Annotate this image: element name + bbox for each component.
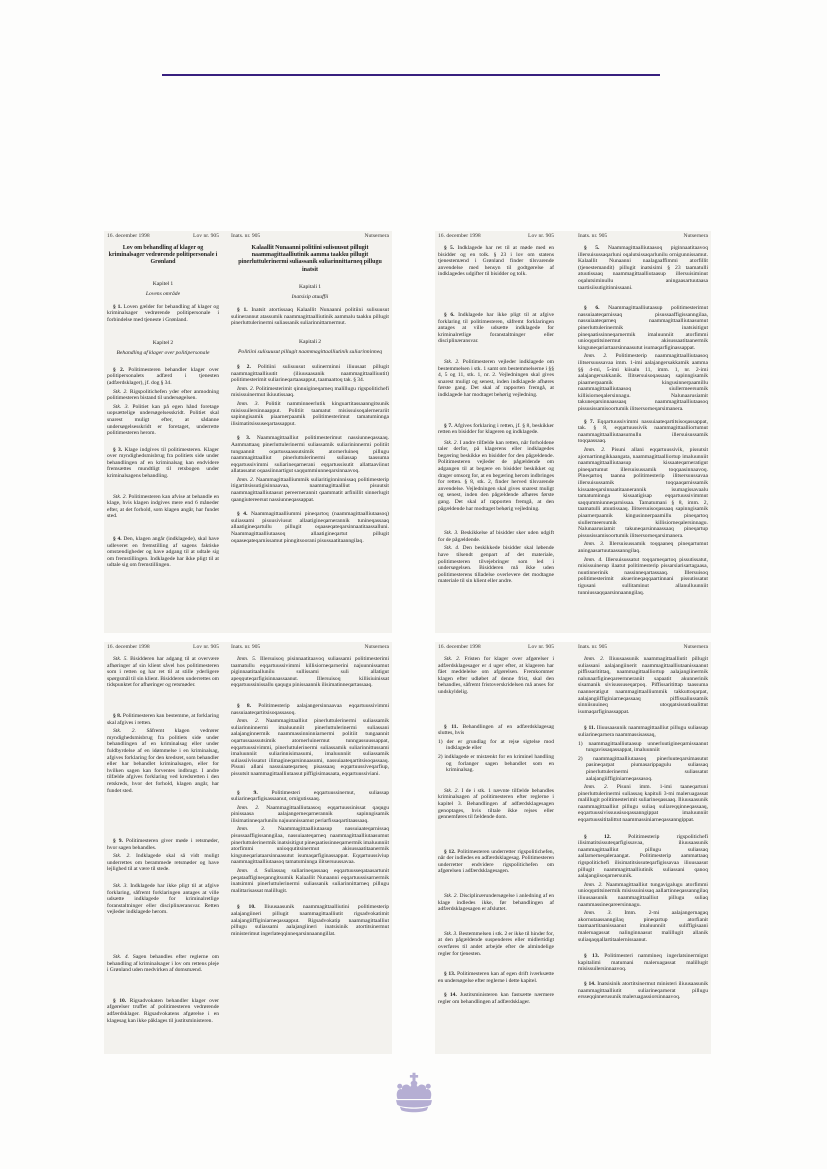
paragraph: § 1. Inatsit atortissaaq Kalaallit Nunaa…: [231, 307, 389, 327]
running-head: 16. december 1998 Lov nr. 905 Inats. nr.…: [438, 644, 708, 651]
page-1-col-1: Lov om behandling af klager og kriminals…: [107, 245, 219, 569]
running-head-law-no: Lov nr. 905: [193, 233, 219, 240]
paragraph: Imm. 2. Pisuni imm. 1-imi taaneqartuni p…: [578, 784, 708, 824]
paragraph: § 8. Politimesterip aalajangersinnaavaa …: [231, 703, 389, 716]
paragraph: 2) naammagittaalliutaasoq pinerluuteqars…: [578, 756, 708, 782]
paragraph: § 13. Politimesteren kan af egen drift i…: [438, 971, 554, 984]
page-3-col-1: Stk. 5. Bisidderen har adgang til at ove…: [107, 656, 219, 1024]
paragraph: § 12. Politimesteren underretter rigspol…: [438, 849, 554, 875]
paragraph: Imm. 3. Imm. 2-mi aalajangernagaq akornu…: [578, 910, 708, 943]
paragraph: § 9. Politimesteren giver møde i retsmød…: [107, 838, 219, 851]
running-head-date: 16. december 1998: [438, 644, 481, 651]
running-head-date: 16. december 1998: [438, 233, 481, 240]
paragraph: § 5. Indklagede har ret til at møde med …: [438, 245, 554, 278]
running-head-date: 16. december 1998: [107, 233, 150, 240]
paragraph: Imm. 4. Suliassaq suliarineqassaaq eqqar…: [231, 868, 389, 894]
paragraph: Imm. 2. Naammagittaalliut tungavigalugu …: [578, 882, 708, 908]
paragraph: Imm. 2. Naammagittaalliutaasoq eqqartuus…: [231, 805, 389, 825]
paragraph: Kalaallit Nunaanni politiini sulisuusut …: [231, 245, 389, 274]
paragraph: Imm. 4. Illersuisussatut toqqarneqartoq …: [578, 557, 708, 597]
paragraph: § 6. Indklagede har ikke pligt til at af…: [438, 312, 554, 345]
paragraph: Stk. 4. Sagen behandles efter reglerne o…: [107, 954, 219, 974]
paragraph: § 13. Politimesteri nammineq ingerlatsin…: [578, 953, 708, 973]
paragraph: Kapitali 2: [231, 339, 389, 346]
paragraph: Kapitel 2: [107, 340, 219, 347]
paragraph: Stk. 3. Beskikkelse af bisidder sker ude…: [438, 530, 554, 543]
running-head-inats-no: Inats. nr. 905: [231, 644, 260, 651]
paragraph: Lovens område: [107, 291, 219, 298]
paragraph: Imm. 2. Naammagittaalliut pinerluttuleri…: [231, 718, 389, 777]
header-rule: [162, 74, 660, 76]
paragraph: Imm. 3. Illersuisussamik toqqaaneq pineq…: [578, 541, 708, 554]
paragraph: Lov om behandling af klager og kriminals…: [107, 245, 219, 267]
paragraph: Stk. 2. I de i stk. 1 nævnte tilfælde be…: [438, 788, 554, 821]
running-head-translation: Nutsernera: [364, 233, 389, 240]
page-1-col-2: Kalaallit Nunaanni politiini sulisuusut …: [231, 245, 389, 569]
paragraph: § 8. Politimesteren kan bestemme, at for…: [107, 713, 219, 726]
page-2-col-2: § 5. Naammagittaalliutaasoq piginnaatita…: [578, 245, 708, 596]
paragraph: § 14. Inatsisinik atortitsinermut minist…: [578, 981, 708, 1001]
paragraph: Kapitel 1: [107, 281, 219, 288]
running-head-inats-no: Inats. nr. 905: [231, 233, 260, 240]
page-quadrant-1: 16. december 1998 Lov nr. 905 Inats. nr.…: [104, 231, 392, 633]
page-2-col-1: § 5. Indklagede har ret til at møde med …: [438, 245, 554, 596]
paragraph: § 14. Justitsministeren kan fastsætte næ…: [438, 992, 554, 1005]
page-3-col-2: Imm. 5. Illersuisoq pisinnaatitaavoq sul…: [231, 656, 389, 1024]
paragraph: Stk. 2. Indklagede skal så vidt muligt u…: [107, 853, 219, 873]
paragraph: § 1. Loven gælder for behandling af klag…: [107, 304, 219, 324]
page-quadrant-4: 16. december 1998 Lov nr. 905 Inats. nr.…: [435, 642, 711, 1054]
paragraph: 2) indklagede er mistænkt for en krimine…: [438, 754, 554, 774]
paragraph: § 5. Naammagittaalliutaasoq piginnaatita…: [578, 245, 708, 291]
paragraph: 1) naammagittaalliutaasup unnerluutigine…: [578, 741, 708, 754]
paragraph: § 2. Politimesteren behandler klager ove…: [107, 367, 219, 387]
paragraph: § 4. Naammagittaalliummi pineqartoq (naa…: [231, 511, 389, 544]
running-head: 16. december 1998 Lov nr. 905 Inats. nr.…: [107, 233, 389, 240]
running-head-inats-no: Inats. nr. 905: [578, 644, 607, 651]
paragraph: Inatsisip atuuffii: [231, 294, 389, 301]
paragraph: § 3. Klage indgives til politimesteren. …: [107, 447, 219, 480]
page-4-col-2: Imm. 2. Iliuusaasunik naammagittaalliuti…: [578, 656, 708, 1006]
crown-watermark-icon: [390, 1071, 438, 1115]
running-head-translation: Nutsernera: [683, 233, 708, 240]
paragraph: § 12. Politimesterip rigspolitichefi ili…: [578, 834, 708, 880]
running-head: 16. december 1998 Lov nr. 905 Inats. nr.…: [107, 644, 389, 651]
paragraph: Imm. 2. Iliuusaasunik naammagittaalliuti…: [578, 656, 708, 715]
scanned-gazette-sheet: 16. december 1998 Lov nr. 905 Inats. nr.…: [0, 0, 827, 1169]
paragraph: Imm. 2. Naammagittaalliummik suliaritigi…: [231, 477, 389, 503]
paragraph: Imm. 2. Politimesterimit qinnuigineqarne…: [231, 386, 389, 399]
paragraph: § 11. Iliuusaasunik naammagittaalliut pi…: [578, 725, 708, 738]
paragraph: § 11. Behandlingen af en adfærdsklagesag…: [438, 724, 554, 737]
paragraph: Imm. 2. Pisuni allani eqqartuussivik, pi…: [578, 447, 708, 539]
page-4-col-1: Stk. 2. Fristen for klager over afgørels…: [438, 656, 554, 1006]
paragraph: § 3. Naammagittaalliut politimesterimut …: [231, 435, 389, 475]
paragraph: Politiini sulisuusut pillugit naammagitt…: [231, 349, 389, 356]
paragraph: Imm. 5. Illersuisoq pisinnaatitaavoq sul…: [231, 656, 389, 689]
paragraph: Stk. 2. I andre tilfælde kan retten, når…: [438, 440, 554, 513]
page-quadrant-2: 16. december 1998 Lov nr. 905 Inats. nr.…: [435, 231, 711, 633]
paragraph: Stk. 2. Rigspolitichefen yder efter anmo…: [107, 389, 219, 402]
paragraph: § 9. Politimesteri eqqartuussinernut, su…: [231, 790, 389, 803]
paragraph: Stk. 2. Fristen for klager over afgørels…: [438, 656, 554, 696]
running-head-law-no: Lov nr. 905: [528, 233, 554, 240]
paragraph: Stk. 3. Bestemmelsen i stk. 2 er ikke ti…: [438, 931, 554, 957]
running-head-law-no: Lov nr. 905: [528, 644, 554, 651]
paragraph: § 10. Iliuusaasunik naammagittaalliutini…: [231, 904, 389, 937]
running-head-date: 16. december 1998: [107, 644, 150, 651]
paragraph: § 4. Den, klagen angår (indklagede), ska…: [107, 536, 219, 569]
paragraph: Stk. 3. Indklagede har ikke pligt til at…: [107, 883, 219, 916]
paragraph: Stk. 3. Politiet kan på egen hånd foreta…: [107, 404, 219, 437]
paragraph: § 7. Afgives forklaring i retten, jf. § …: [438, 423, 554, 436]
paragraph: 1) der er grundlag for at rejse sigtelse…: [438, 739, 554, 752]
running-head-translation: Nutsernera: [364, 644, 389, 651]
paragraph: Stk. 2. Politimesteren vejleder indklage…: [438, 359, 554, 399]
running-head-translation: Nutsernera: [683, 644, 708, 651]
paragraph: Imm. 3. Politiit namminneerlutik kinguar…: [231, 401, 389, 427]
paragraph: § 6. Naammagittaalliutaasup politimester…: [578, 305, 708, 351]
paragraph: Stk. 2. Politimesteren kan afvise at beh…: [107, 494, 219, 520]
paragraph: Behandling af klager over politipersonal…: [107, 350, 219, 357]
paragraph: § 2. Politiini sulisuusut sulinerminni i…: [231, 364, 389, 384]
paragraph: Kapitali 1: [231, 284, 389, 291]
running-head: 16. december 1998 Lov nr. 905 Inats. nr.…: [438, 233, 708, 240]
paragraph: Stk. 2. Såfremt klagen vedrører myndighe…: [107, 728, 219, 794]
paragraph: Imm. 2. Politimesterip naammagittaalliut…: [578, 353, 708, 412]
paragraph: § 7. Eqqartuussivimmi nassuiaateqartitsi…: [578, 419, 708, 445]
running-head-inats-no: Inats. nr. 905: [578, 233, 607, 240]
paragraph: Imm. 3. Naammagittaalliutaasup nassuiaat…: [231, 826, 389, 866]
paragraph: Stk. 2. Disciplinærundersøgelse i anledn…: [438, 893, 554, 913]
running-head-law-no: Lov nr. 905: [193, 644, 219, 651]
paragraph: § 10. Rigsadvokaten behandler klager ove…: [107, 998, 219, 1024]
page-quadrant-3: 16. december 1998 Lov nr. 905 Inats. nr.…: [104, 642, 392, 1054]
paragraph: Stk. 4. Den beskikkede bisidder skal løb…: [438, 545, 554, 585]
paragraph: Stk. 5. Bisidderen har adgang til at ove…: [107, 656, 219, 689]
